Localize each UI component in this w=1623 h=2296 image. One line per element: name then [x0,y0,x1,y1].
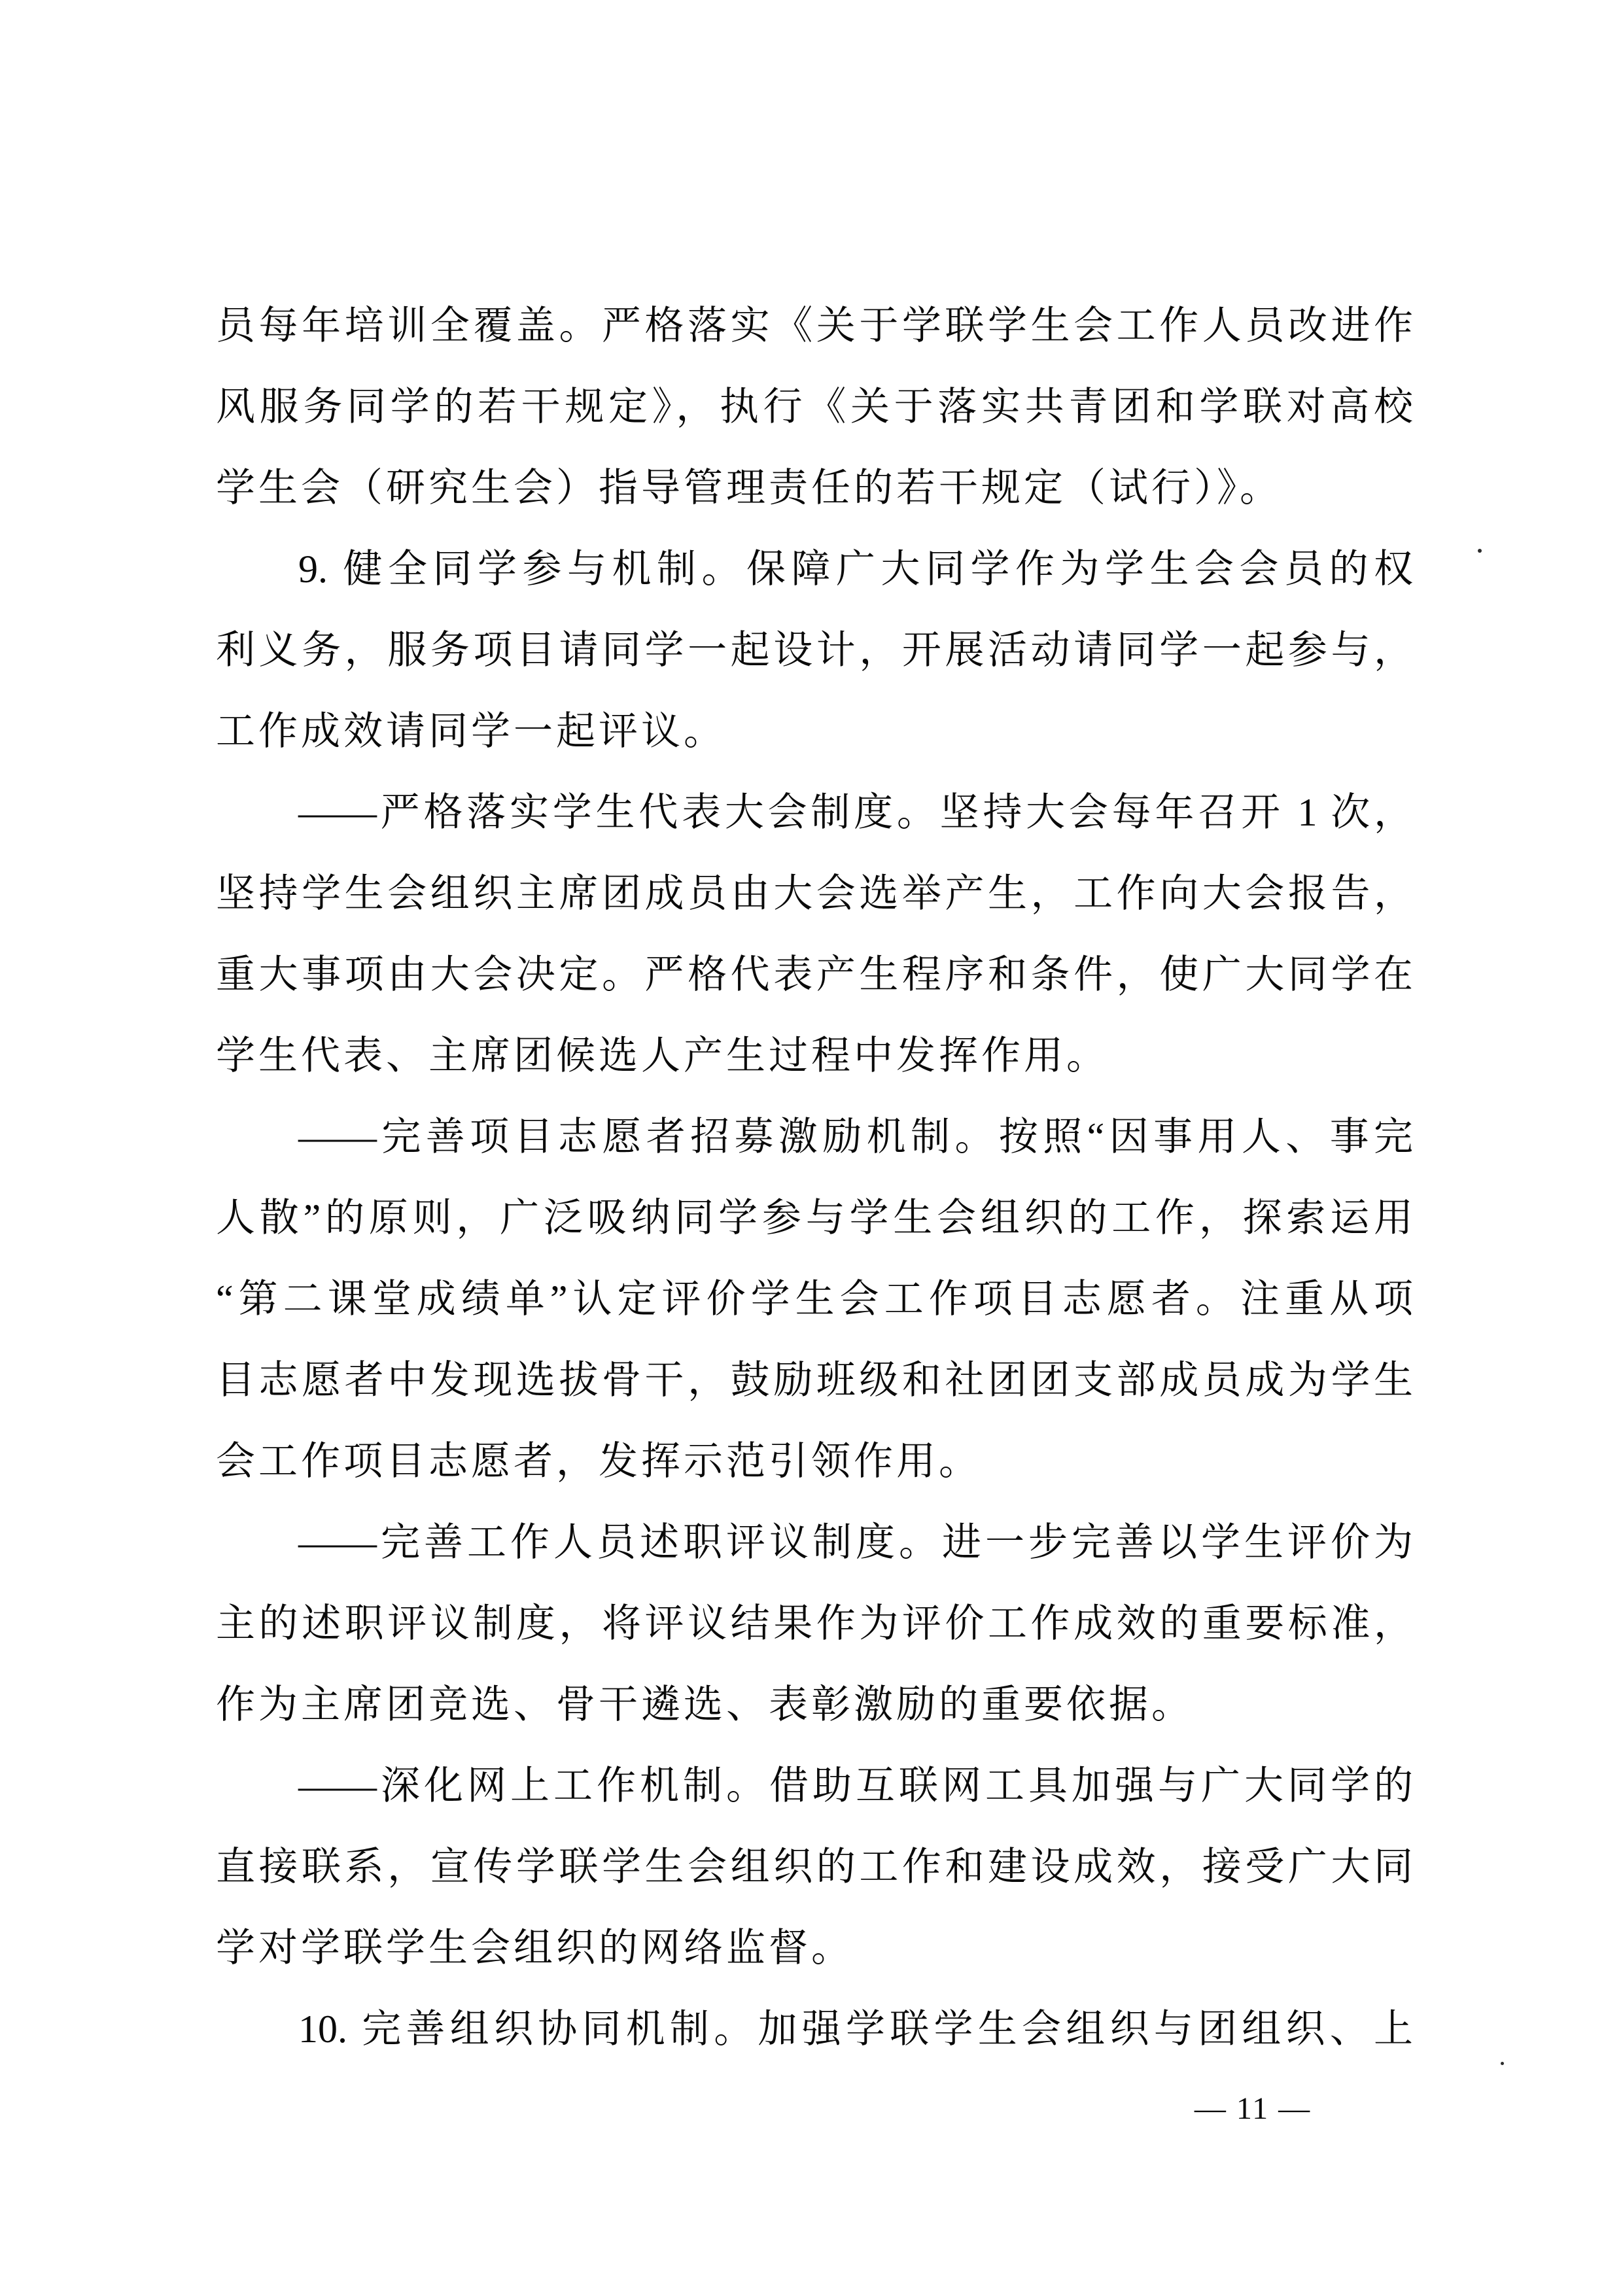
text-line: 坚持学生会组织主席团成员由大会选举产生，工作向大会报告， [216,853,1413,934]
document-page: 员每年培训全覆盖。严格落实《关于学联学生会工作人员改进作 风服务同学的若干规定》… [0,0,1623,2296]
scan-speck [1478,549,1482,553]
text-line: ——严格落实学生代表大会制度。坚持大会每年召开 1 次， [216,772,1413,853]
page-number: — 11 — [1178,2091,1328,2127]
text-line: 会工作项目志愿者，发挥示范引领作用。 [216,1421,1413,1502]
text-line: “第二课堂成绩单”认定评价学生会工作项目志愿者。注重从项 [216,1259,1413,1340]
body-text: 员每年培训全覆盖。严格落实《关于学联学生会工作人员改进作 风服务同学的若干规定》… [216,285,1413,2070]
text-line: 员每年培训全覆盖。严格落实《关于学联学生会工作人员改进作 [216,285,1413,366]
text-line: 直接联系，宣传学联学生会组织的工作和建设成效，接受广大同 [216,1826,1413,1907]
text-line: 学生代表、主席团候选人产生过程中发挥作用。 [216,1015,1413,1096]
text-line: ——深化网上工作机制。借助互联网工具加强与广大同学的 [216,1745,1413,1826]
text-line: 目志愿者中发现选拔骨干，鼓励班级和社团团支部成员成为学生 [216,1340,1413,1421]
text-line: 10. 完善组织协同机制。加强学联学生会组织与团组织、上 [216,1989,1413,2070]
text-line: 工作成效请同学一起评议。 [216,691,1413,772]
text-line: ——完善工作人员述职评议制度。进一步完善以学生评价为 [216,1502,1413,1583]
text-line: 9. 健全同学参与机制。保障广大同学作为学生会会员的权 [216,529,1413,610]
text-line: 学生会（研究生会）指导管理责任的若干规定（试行）》。 [216,447,1413,529]
text-line: 重大事项由大会决定。严格代表产生程序和条件，使广大同学在 [216,934,1413,1015]
text-line: 人散”的原则，广泛吸纳同学参与学生会组织的工作，探索运用 [216,1177,1413,1259]
text-line: 主的述职评议制度，将评议结果作为评价工作成效的重要标准， [216,1583,1413,1664]
text-line: 作为主席团竞选、骨干遴选、表彰激励的重要依据。 [216,1664,1413,1745]
text-line: 学对学联学生会组织的网络监督。 [216,1907,1413,1989]
text-line: 利义务，服务项目请同学一起设计，开展活动请同学一起参与， [216,610,1413,691]
scan-speck [1501,2062,1504,2065]
text-line: ——完善项目志愿者招募激励机制。按照“因事用人、事完 [216,1096,1413,1177]
text-line: 风服务同学的若干规定》，执行《关于落实共青团和学联对高校 [216,366,1413,447]
